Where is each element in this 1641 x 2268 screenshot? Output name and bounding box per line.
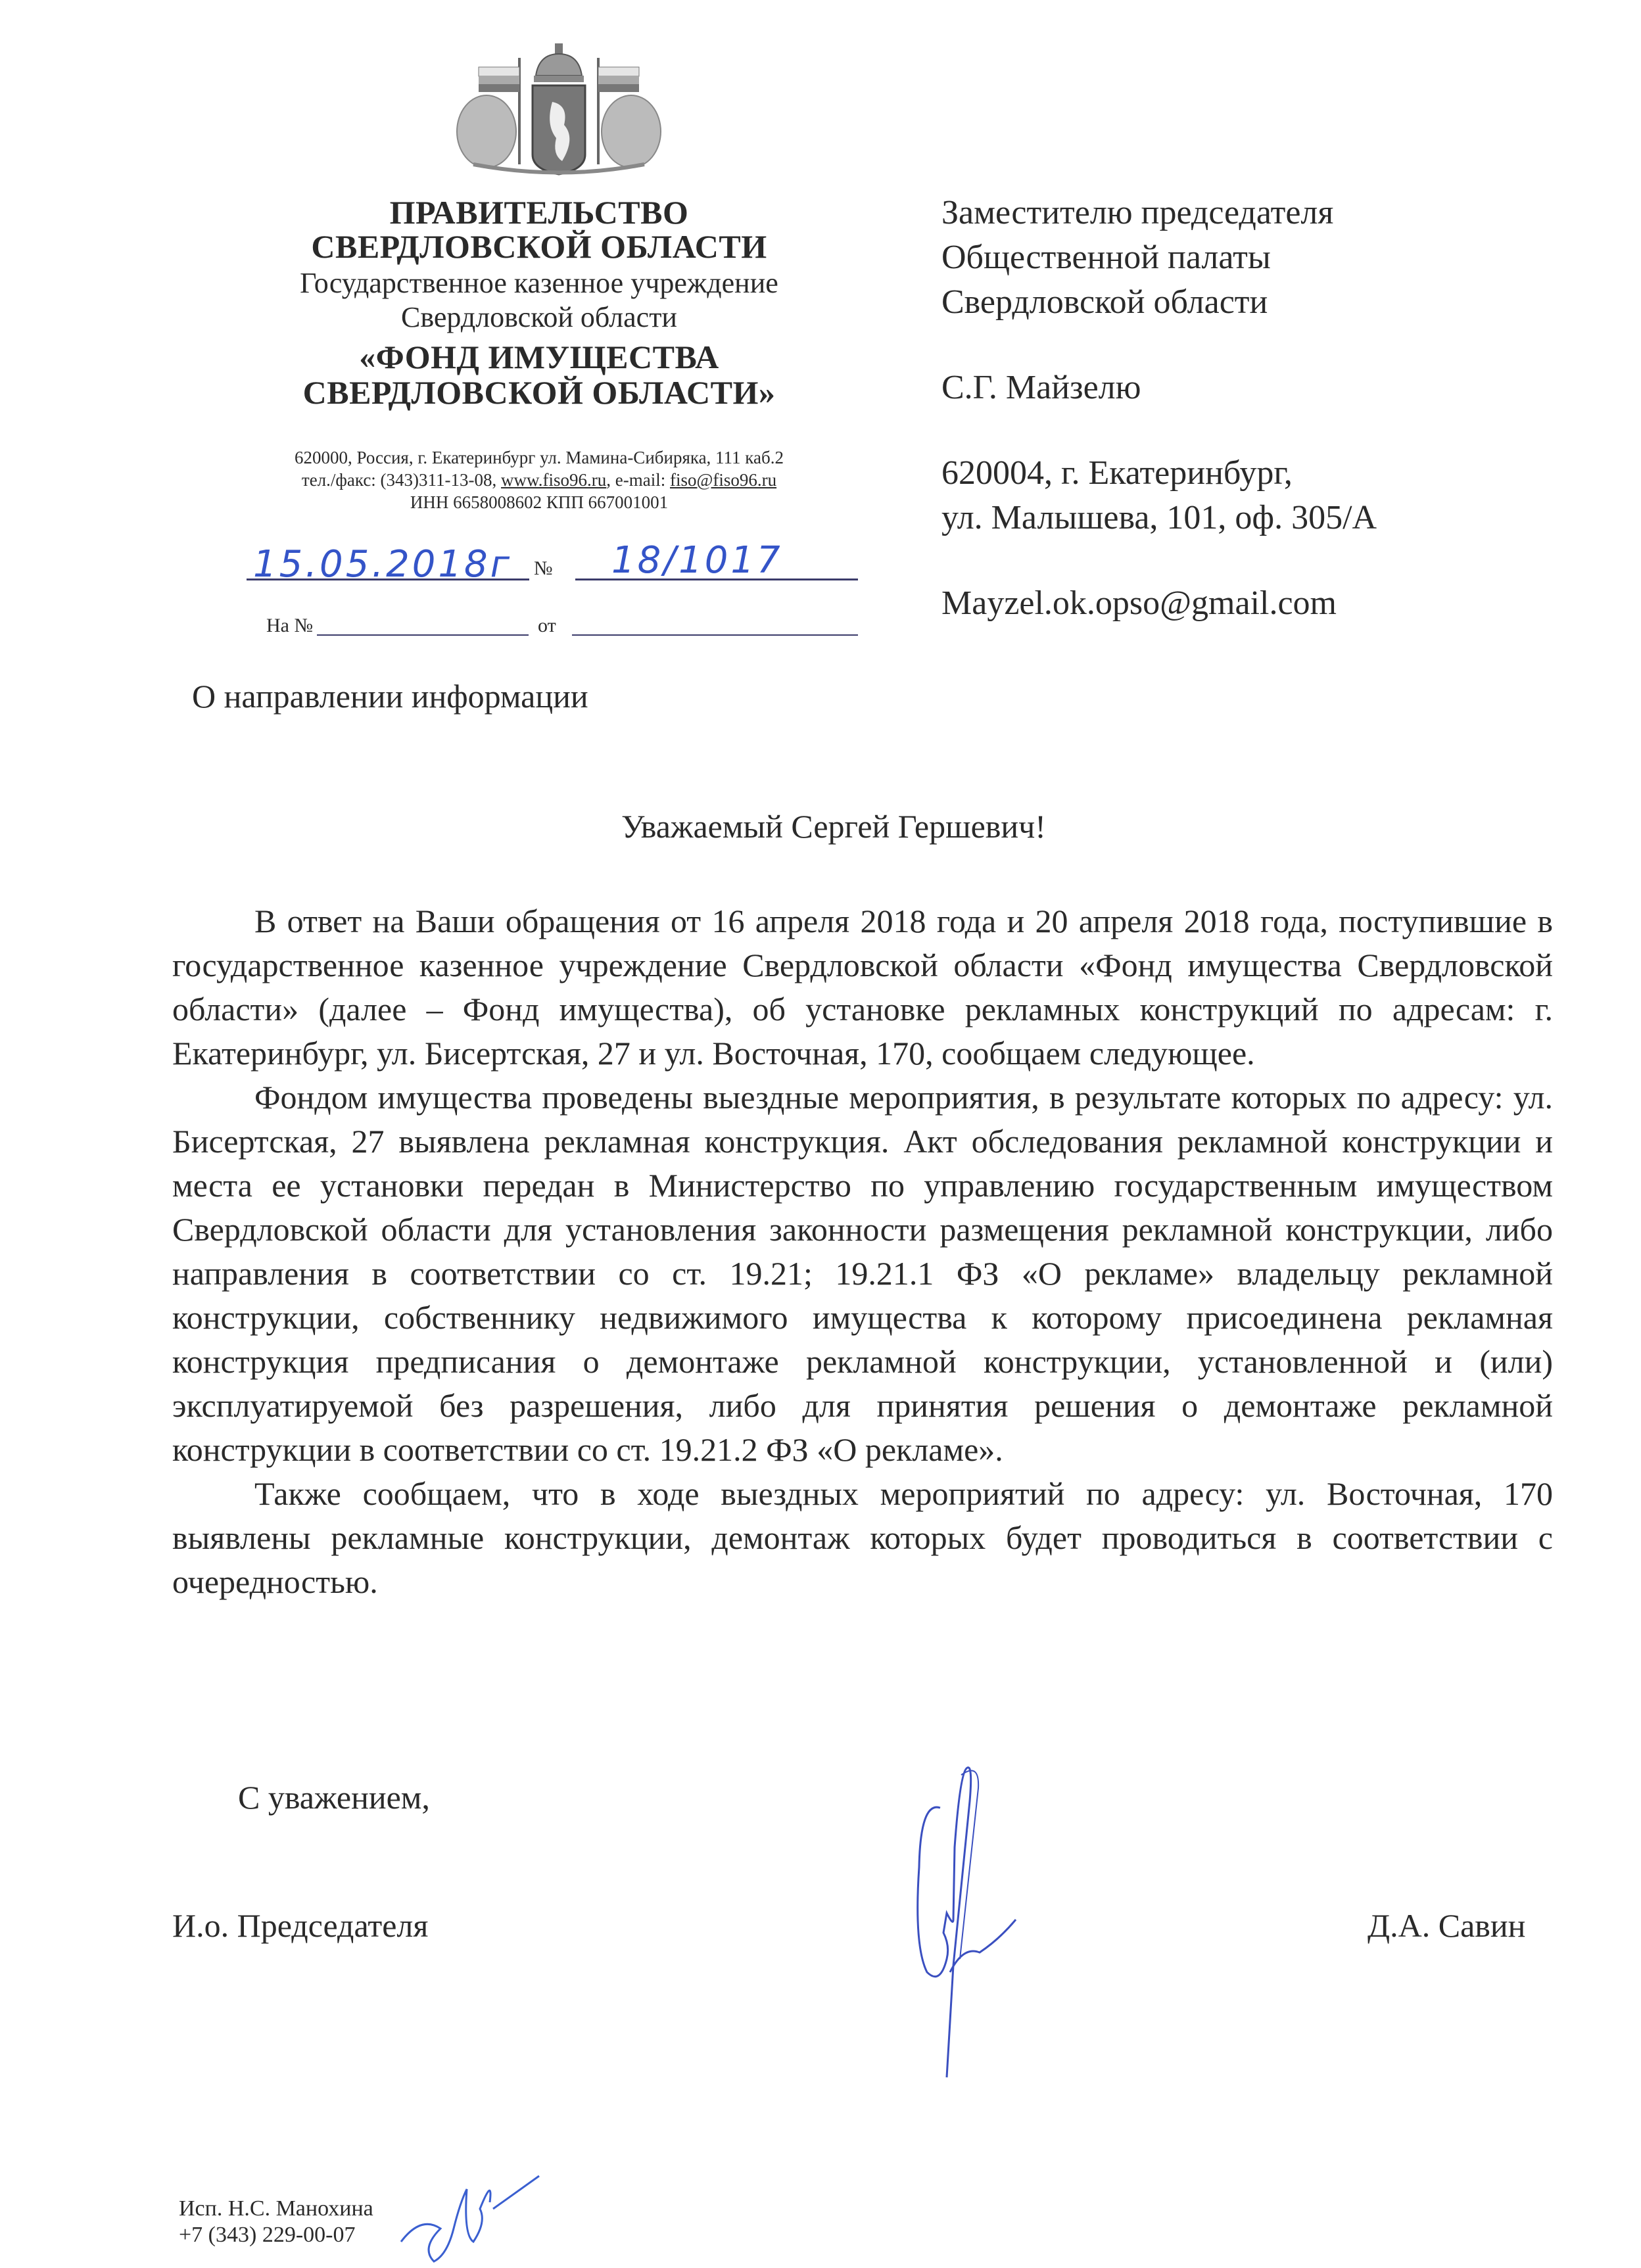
letter-subject: О направлении информации [192,677,588,715]
website-link[interactable]: www.fiso96.ru [501,470,606,490]
institution-region: Свердловской области [197,301,881,334]
email-link[interactable]: fiso@fiso96.ru [670,470,776,490]
executor-name: Исп. Н.С. Манохина [179,2196,373,2222]
addressee-address: 620004, г. Екатеринбург, [941,452,1293,494]
from-label: от [538,615,556,637]
institution-name: «ФОНД ИМУЩЕСТВА [197,341,881,373]
addressee-position: Заместителю председателя [941,192,1333,234]
handwritten-number: 18/1017 [611,539,783,582]
addressee-name: С.Г. Майзелю [941,367,1141,409]
body-paragraph: В ответ на Ваши обращения от 16 апреля 2… [172,899,1553,1075]
initials-signature-icon [394,2163,552,2268]
signer-position: И.о. Председателя [172,1906,428,1945]
addressee-region: Свердловской области [941,281,1268,323]
letter-body: В ответ на Ваши обращения от 16 апреля 2… [172,899,1553,1604]
number-label: № [534,557,553,580]
institution-contacts: тел./факс: (343)311-13-08, www.fiso96.ru… [197,469,881,491]
executor-phone: +7 (343) 229-00-07 [179,2222,373,2248]
from-field [572,634,858,636]
executor-info: Исп. Н.С. Манохина +7 (343) 229-00-07 [179,2196,373,2248]
body-paragraph: Фондом имущества проведены выездные меро… [172,1075,1553,1472]
addressee-email[interactable]: Mayzel.ok.opso@gmail.com [941,582,1337,625]
reply-to-field [317,634,529,636]
reply-to-label: На № [266,615,313,637]
body-paragraph: Также сообщаем, что в ходе выездных меро… [172,1472,1553,1604]
tax-ids: ИНН 6658008602 КПП 667001001 [197,492,881,513]
closing-phrase: С уважением, [238,1778,430,1816]
institution-name-cont: СВЕРДЛОВСКОЙ ОБЛАСТИ» [197,376,881,409]
coat-of-arms-icon [447,39,671,181]
email-label: , e-mail: [606,470,670,490]
signature-icon [901,1749,1045,2091]
handwritten-date: 15.05.2018г [253,543,512,586]
government-region: СВЕРДЛОВСКОЙ ОБЛАСТИ [197,230,881,263]
government-title: ПРАВИТЕЛЬСТВО [197,196,881,229]
salutation: Уважаемый Сергей Гершевич! [0,807,1641,845]
institution-type: Государственное казенное учреждение [197,267,881,300]
addressee-organization: Общественной палаты [941,237,1271,279]
institution-address: 620000, Россия, г. Екатеринбург ул. Мами… [197,447,881,469]
phone-fax: тел./факс: (343)311-13-08, [302,470,501,490]
addressee-street: ул. Малышева, 101, оф. 305/А [941,497,1377,539]
signer-name: Д.А. Савин [1367,1906,1525,1945]
